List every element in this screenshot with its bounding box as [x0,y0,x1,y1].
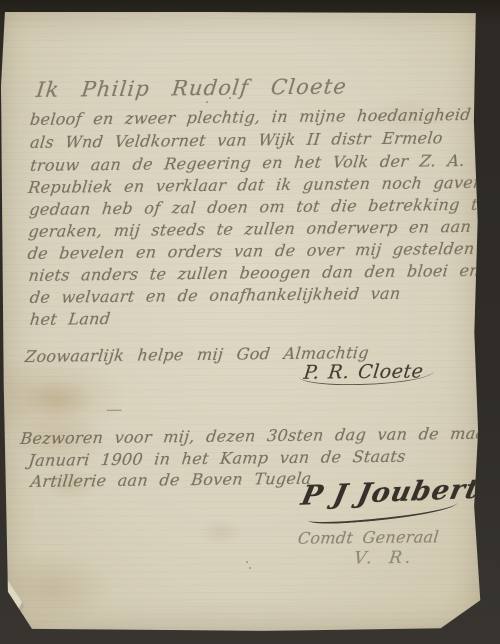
attestation-line: Artillerie aan de Boven Tugela [30,471,313,490]
handwritten-line: gedaan heb of zal doen om tot die betrek… [29,197,489,218]
handwritten-line: het Land [29,311,111,328]
joubert-initials: V. R. [353,550,414,568]
handwritten-line: beloof en zweer plechtig, in mijne hoeda… [29,107,472,128]
paper-stain [24,380,94,420]
handwritten-line: de bevelen en orders van de over mij ges… [27,240,500,261]
oath-declarant-name: Ik Philip Rudolf Cloete [35,76,348,101]
handwritten-line: als Wnd Veldkornet van Wijk II distr Erm… [29,130,443,151]
joubert-title: Comdt Generaal [297,529,440,547]
handwritten-line: niets anders te zullen beoogen dan den b… [28,263,481,284]
handwritten-line: trouw aan de Regeering en het Volk der Z… [29,153,465,174]
attestation-line: Januari 1900 in het Kamp van de Staats [28,449,407,469]
paper-speck [246,561,248,563]
document-paper: Ik Philip Rudolf Cloete beloof en zweer … [1,10,482,632]
cloete-signature: P. R. Cloete [298,362,434,386]
paper-speck [249,567,251,569]
stray-pencil-dash: — [105,401,123,417]
handwritten-line: geraken, mij steeds te zullen onderwerp … [28,219,472,240]
attestation-line: Bezworen voor mij, dezen 30sten dag van … [20,425,500,447]
photo-background: Ik Philip Rudolf Cloete beloof en zweer … [0,0,500,644]
handwritten-line: de welvaart en de onafhankelijkheid van [29,286,401,306]
paper-speck [206,101,208,103]
handwritten-line: Republiek en verklaar dat ik gunsten noc… [27,175,484,196]
folded-corner [6,578,40,630]
paper-stain [198,519,244,545]
